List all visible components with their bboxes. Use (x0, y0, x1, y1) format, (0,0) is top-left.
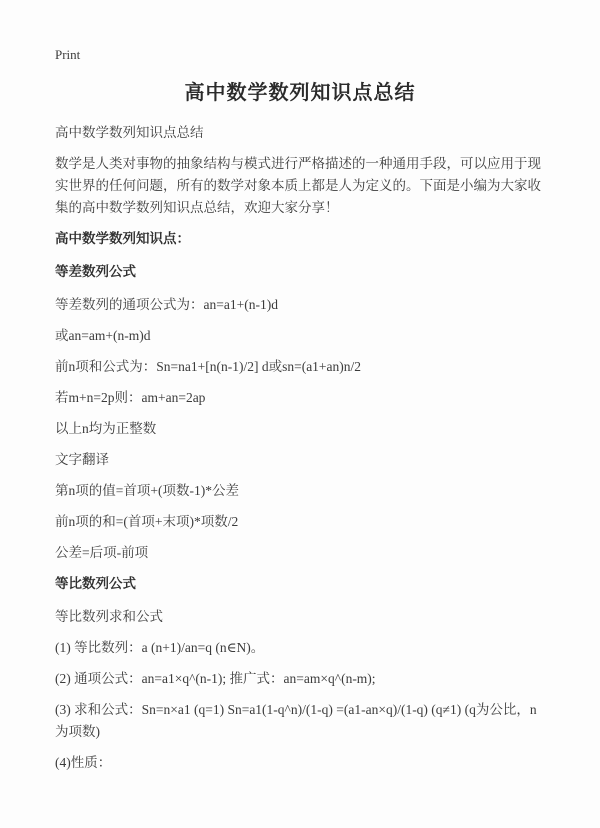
geometric-item-4: (4)性质： (55, 752, 545, 774)
section-heading-arithmetic: 等差数列公式 (55, 261, 545, 283)
formula-sum-n-terms: 前n项和公式为：Sn=na1+[n(n-1)/2] d或sn=(a1+an)n/… (55, 356, 545, 378)
translation-nth-term: 第n项的值=首项+(项数-1)*公差 (55, 480, 545, 502)
document-page: Print 高中数学数列知识点总结 高中数学数列知识点总结 数学是人类对事物的抽… (0, 0, 600, 828)
print-button[interactable]: Print (55, 47, 80, 63)
formula-general-term: 等差数列的通项公式为：an=a1+(n-1)d (55, 294, 545, 316)
section-heading-knowledge-points: 高中数学数列知识点： (55, 228, 545, 250)
geometric-item-1: (1) 等比数列：a (n+1)/an=q (n∈N)。 (55, 637, 545, 659)
document-body: 高中数学数列知识点总结 数学是人类对事物的抽象结构与模式进行严格描述的一种通用手… (55, 122, 545, 774)
page-title: 高中数学数列知识点总结 (55, 80, 545, 106)
subtitle: 高中数学数列知识点总结 (55, 122, 545, 144)
label-text-translation: 文字翻译 (55, 449, 545, 471)
section-heading-geometric: 等比数列公式 (55, 573, 545, 595)
geometric-item-2: (2) 通项公式：an=a1×q^(n-1); 推广式：an=am×q^(n-m… (55, 668, 545, 690)
formula-mid-term: 若m+n=2p则：am+an=2ap (55, 387, 545, 409)
formula-alternate: 或an=am+(n-m)d (55, 325, 545, 347)
intro-paragraph: 数学是人类对事物的抽象结构与模式进行严格描述的一种通用手段，可以应用于现实世界的… (55, 153, 545, 219)
translation-sum: 前n项的和=(首项+末项)*项数/2 (55, 511, 545, 533)
note-positive-integers: 以上n均为正整数 (55, 418, 545, 440)
translation-common-difference: 公差=后项-前项 (55, 542, 545, 564)
geometric-sum-label: 等比数列求和公式 (55, 606, 545, 628)
geometric-item-3: (3) 求和公式：Sn=n×a1 (q=1) Sn=a1(1-q^n)/(1-q… (55, 699, 545, 743)
